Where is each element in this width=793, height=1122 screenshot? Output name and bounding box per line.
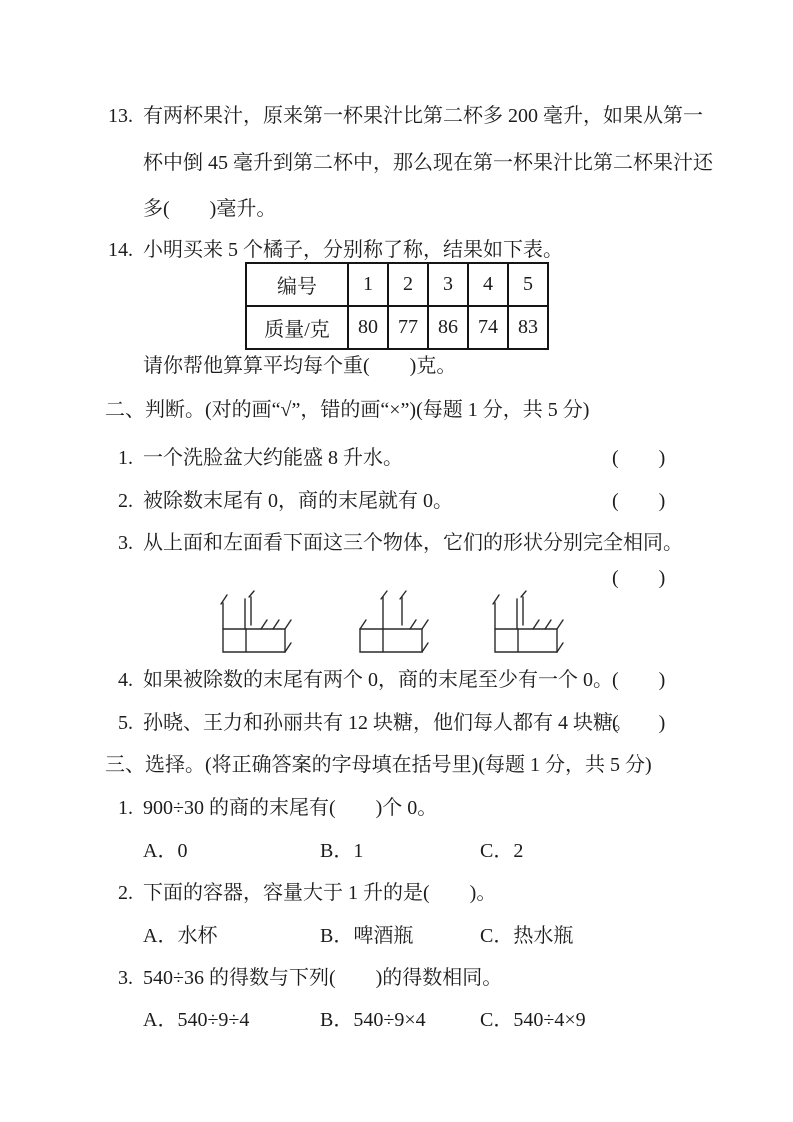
- judge-item-2: 2.被除数末尾有 0，商的末尾就有 0。 ( ): [105, 489, 697, 513]
- table-cell: 74: [468, 306, 508, 349]
- option-a: A．540÷9÷4: [143, 1008, 320, 1032]
- table-header-cell: 编号: [246, 263, 348, 306]
- table-cell: 3: [428, 263, 468, 306]
- question-text: 小明买来 5 个橘子，分别称了称，结果如下表。: [143, 239, 563, 261]
- answer-blank: ( ): [612, 566, 665, 590]
- question-number: 13.: [105, 104, 133, 128]
- judge-item-5: 5.孙晓、王力和孙丽共有 12 块糖，他们每人都有 4 块糖。 ( ): [105, 711, 697, 735]
- item-text: 900÷30 的商的末尾有( )个 0。: [143, 797, 437, 819]
- answer-blank: ( ): [612, 446, 665, 470]
- table-cell: 86: [428, 306, 468, 349]
- choice-item-3-options: A．540÷9÷4B．540÷9×4C．540÷4×9: [143, 1008, 697, 1032]
- item-text: 如果被除数的末尾有两个 0，商的末尾至少有一个 0。: [143, 669, 613, 691]
- item-number: 1.: [105, 446, 133, 470]
- item-text: 被除数末尾有 0，商的末尾就有 0。: [143, 490, 453, 512]
- item-text: 下面的容器，容量大于 1 升的是( )。: [143, 882, 496, 904]
- item-text: 孙晓、王力和孙丽共有 12 块糖，他们每人都有 4 块糖。: [143, 712, 633, 734]
- orange-weights-table: 编号 1 2 3 4 5 质量/克 80 77 86 74 83: [245, 262, 549, 350]
- item-number: 1.: [105, 796, 133, 820]
- item-number: 3.: [105, 966, 133, 990]
- section-2-header: 二、判断。(对的画“√”，错的画“×”)(每题 1 分，共 5 分): [105, 398, 697, 422]
- question-text-with-blank: 请你帮他算算平均每个重( )克。: [143, 355, 456, 377]
- choice-item-3: 3.540÷36 的得数与下列( )的得数相同。: [105, 966, 697, 990]
- question-13-line-3: 多( )毫升。: [143, 197, 697, 221]
- section-3-header: 三、选择。(将正确答案的字母填在括号里)(每题 1 分，共 5 分): [105, 753, 697, 777]
- option-c: C．热水瓶: [480, 924, 573, 948]
- question-text-with-blank: 多( )毫升。: [143, 198, 276, 220]
- question-13-line-1: 13.有两杯果汁，原来第一杯果汁比第二杯多 200 毫升，如果从第一: [105, 104, 697, 128]
- table-header-cell: 质量/克: [246, 306, 348, 349]
- cube-stack-figure-1: [193, 589, 313, 659]
- answer-blank: ( ): [612, 711, 665, 735]
- table-cell: 77: [388, 306, 428, 349]
- item-number: 5.: [105, 711, 133, 735]
- table-cell: 83: [508, 306, 548, 349]
- question-14-line-1: 14.小明买来 5 个橘子，分别称了称，结果如下表。: [105, 238, 697, 262]
- item-text: 540÷36 的得数与下列( )的得数相同。: [143, 967, 502, 989]
- item-text: 从上面和左面看下面这三个物体，它们的形状分别完全相同。: [143, 532, 683, 554]
- exam-page: 13.有两杯果汁，原来第一杯果汁比第二杯多 200 毫升，如果从第一 杯中倒 4…: [0, 0, 793, 1122]
- table-cell: 1: [348, 263, 388, 306]
- option-a: A．0: [143, 839, 320, 863]
- item-number: 4.: [105, 668, 133, 692]
- cube-stack-figure-3: [465, 589, 585, 659]
- question-13-line-2: 杯中倒 45 毫升到第二杯中，那么现在第一杯果汁比第二杯果汁还: [143, 151, 697, 175]
- question-number: 14.: [105, 238, 133, 262]
- option-b: B．540÷9×4: [320, 1008, 480, 1032]
- item-text: 一个洗脸盆大约能盛 8 升水。: [143, 447, 403, 469]
- choice-item-2: 2.下面的容器，容量大于 1 升的是( )。: [105, 881, 697, 905]
- option-b: B．啤酒瓶: [320, 924, 480, 948]
- table-cell: 4: [468, 263, 508, 306]
- option-a: A．水杯: [143, 924, 320, 948]
- choice-item-1: 1.900÷30 的商的末尾有( )个 0。: [105, 796, 697, 820]
- judge-item-1: 1.一个洗脸盆大约能盛 8 升水。 ( ): [105, 446, 697, 470]
- question-text: 杯中倒 45 毫升到第二杯中，那么现在第一杯果汁比第二杯果汁还: [143, 152, 713, 174]
- answer-blank: ( ): [612, 668, 665, 692]
- cube-stack-figure-2: [330, 589, 450, 659]
- item-number: 2.: [105, 881, 133, 905]
- item-number: 3.: [105, 531, 133, 555]
- item-number: 2.: [105, 489, 133, 513]
- table-row: 编号 1 2 3 4 5: [246, 263, 548, 306]
- table-row: 质量/克 80 77 86 74 83: [246, 306, 548, 349]
- option-c: C．2: [480, 839, 523, 863]
- option-c: C．540÷4×9: [480, 1008, 586, 1032]
- table-cell: 5: [508, 263, 548, 306]
- section-title: 三、选择。(将正确答案的字母填在括号里)(每题 1 分，共 5 分): [105, 754, 652, 776]
- section-title: 二、判断。(对的画“√”，错的画“×”)(每题 1 分，共 5 分): [105, 399, 589, 421]
- choice-item-2-options: A．水杯B．啤酒瓶C．热水瓶: [143, 924, 697, 948]
- choice-item-1-options: A．0B．1C．2: [143, 839, 697, 863]
- table-cell: 2: [388, 263, 428, 306]
- question-14-line-2: 请你帮他算算平均每个重( )克。: [143, 354, 697, 378]
- answer-blank: ( ): [612, 489, 665, 513]
- judge-item-3: 3.从上面和左面看下面这三个物体，它们的形状分别完全相同。: [105, 531, 697, 555]
- table-cell: 80: [348, 306, 388, 349]
- option-b: B．1: [320, 839, 480, 863]
- judge-item-4: 4.如果被除数的末尾有两个 0，商的末尾至少有一个 0。 ( ): [105, 668, 697, 692]
- question-text: 有两杯果汁，原来第一杯果汁比第二杯多 200 毫升，如果从第一: [143, 105, 703, 127]
